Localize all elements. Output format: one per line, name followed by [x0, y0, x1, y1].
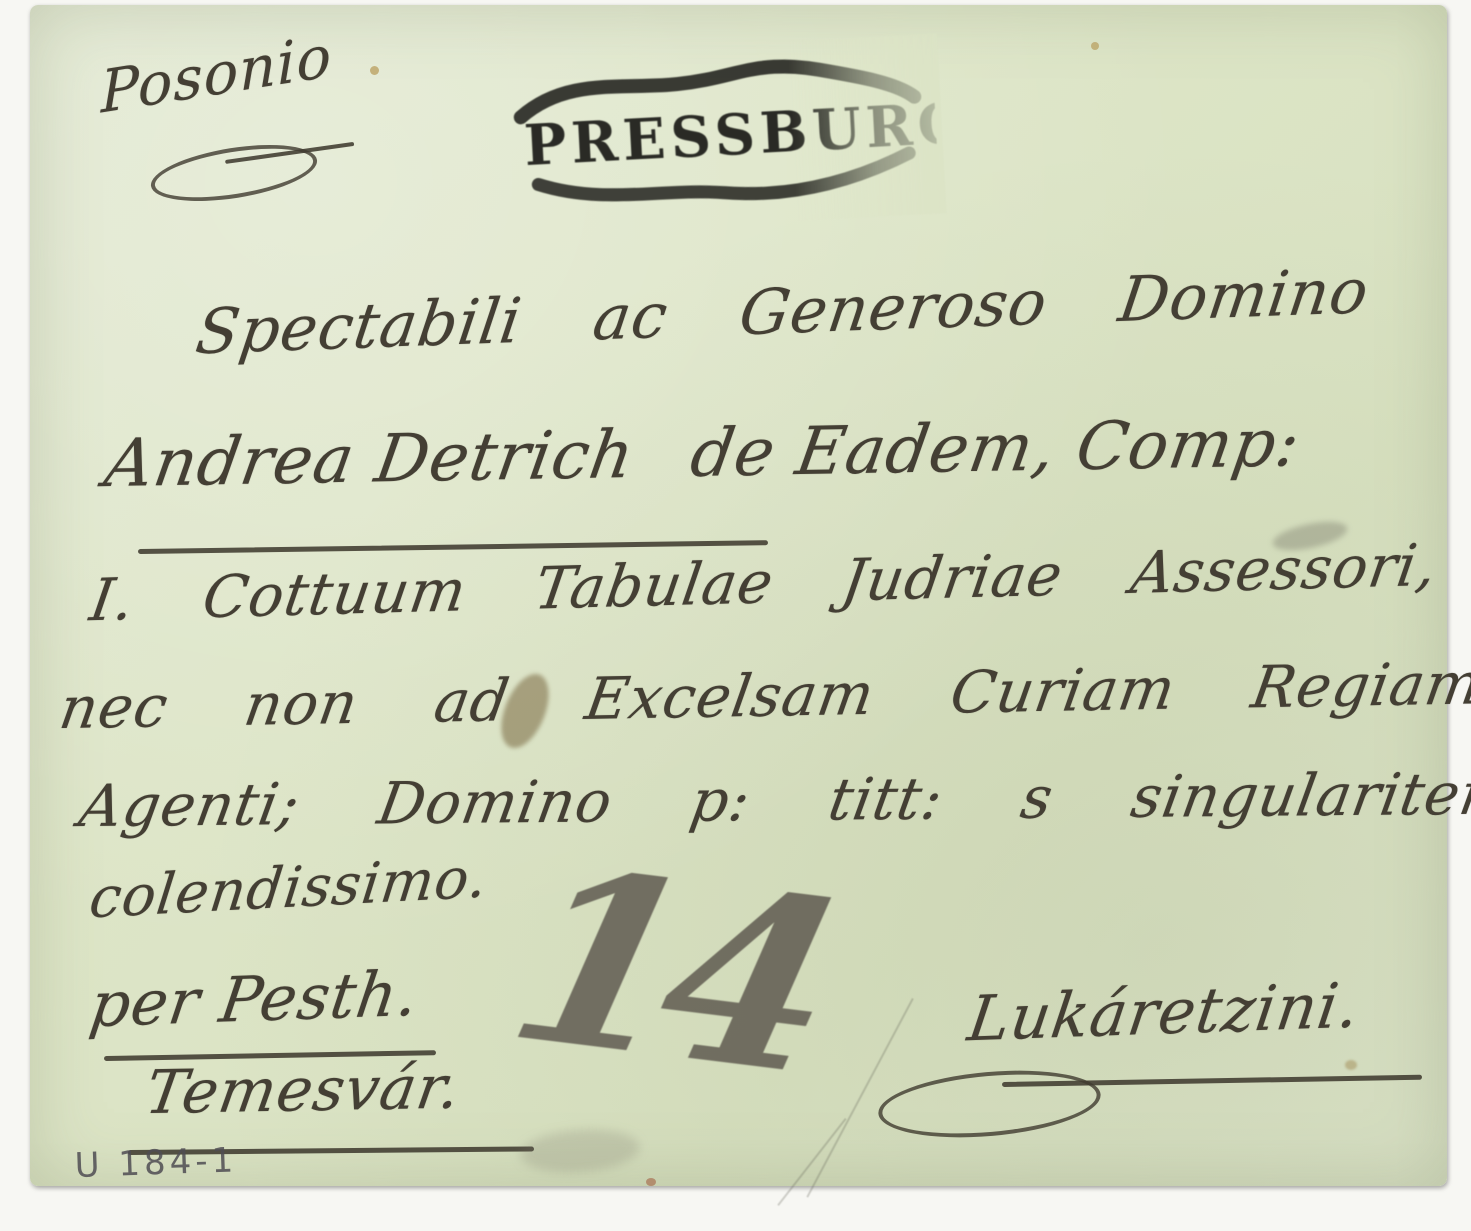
rate-marking: 14	[494, 838, 841, 1107]
scanned-postal-cover: Posonio PRESSBURG Spectabili ac Generoso…	[0, 0, 1471, 1231]
destination: Lukáretzini.	[964, 968, 1365, 1055]
routing-line-temesvar: Temesvár.	[141, 1053, 466, 1129]
recipient-name: Andrea Detrich	[100, 416, 640, 502]
address-title-line3: Agenti; Domino p: titt: s singulariter	[75, 760, 1471, 840]
recipient-suffix: de Eadem, Comp:	[686, 404, 1306, 492]
routing-line-pesth: per Pesth.	[86, 957, 424, 1042]
catalog-mark: U 184-1	[74, 1140, 238, 1186]
postmark-fade	[787, 33, 946, 221]
postmark: PRESSBURG	[496, 34, 941, 237]
